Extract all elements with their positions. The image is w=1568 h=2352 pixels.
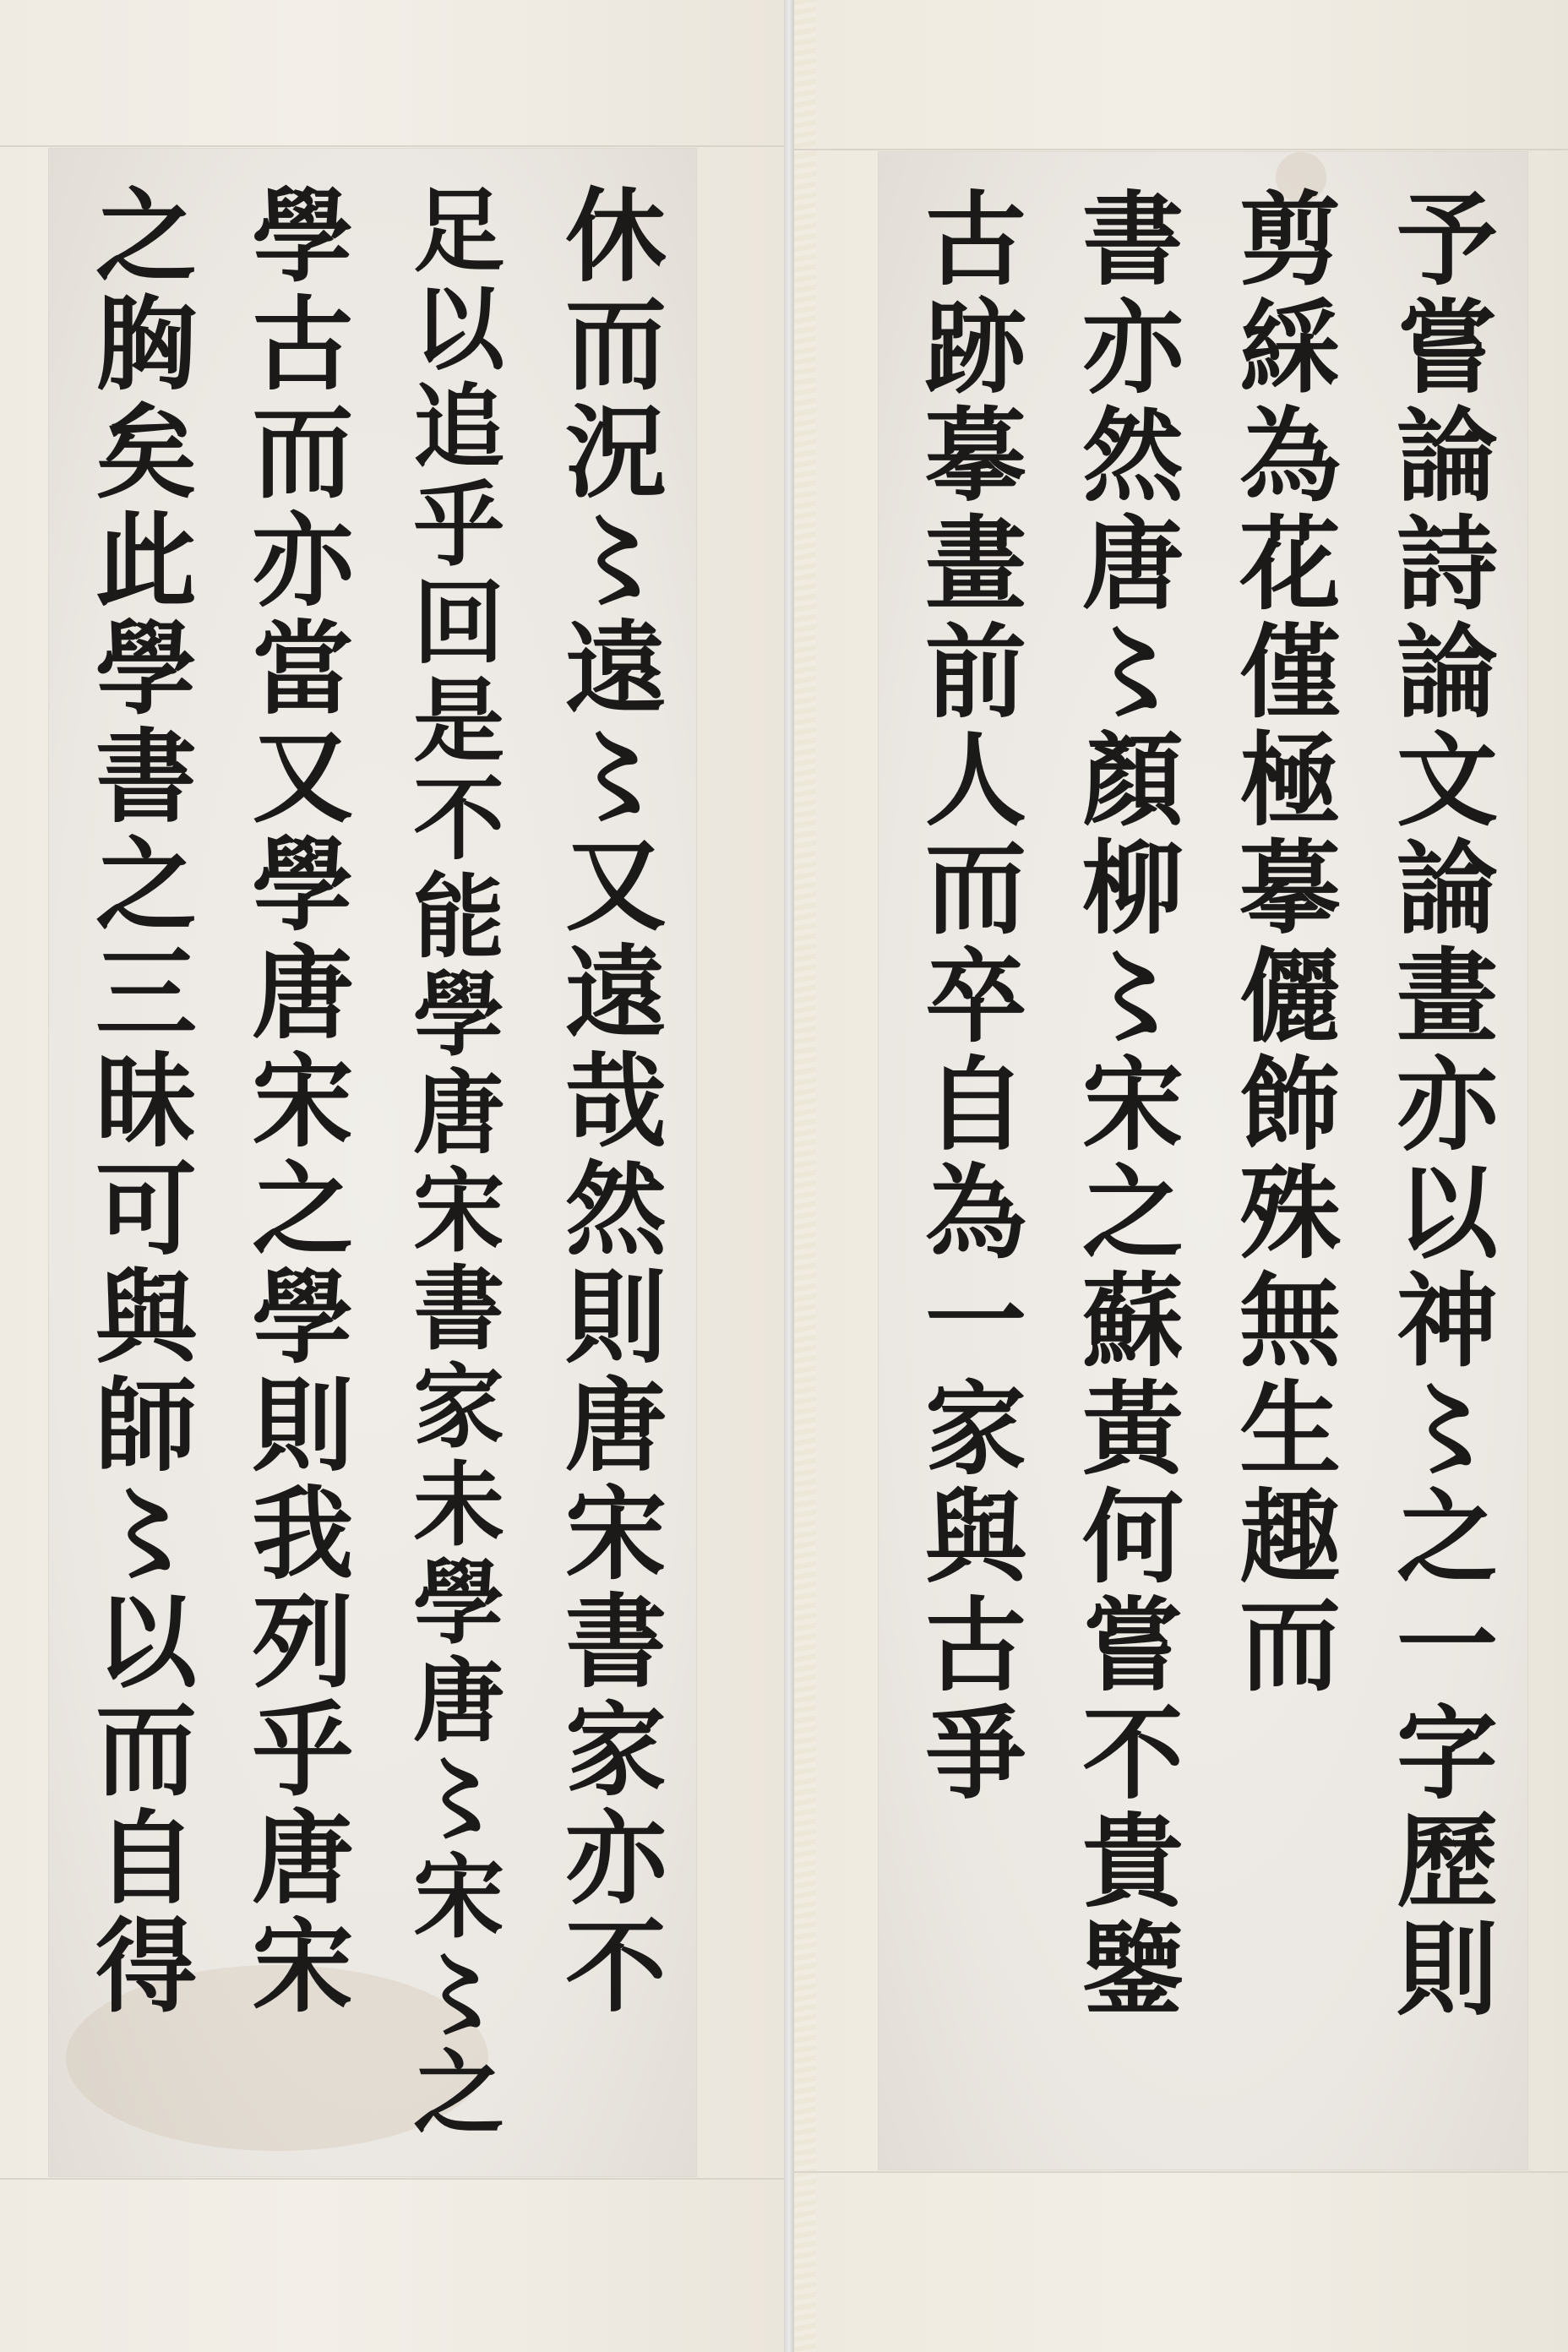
calligraphy-column: 書亦然唐〻顏柳〻宋之蘇黃何嘗不貴鑒 [1061,186,1188,2136]
calligraphy-column: 休而況〻遠〻又遠哉然則唐宋書家亦不 [544,182,671,2142]
calligraphy-column: 予嘗論詩論文論畫亦以神〻之一字歷則 [1375,186,1502,2136]
right-calligraphy-panel: 予嘗論詩論文論畫亦以神〻之一字歷則 剪綵為花僅極摹儷飾殊無生趣而 書亦然唐〻顏柳… [879,152,1527,2170]
calligraphy-column: 學古而亦當又學唐宋之學則我列乎唐宋 [231,182,357,2142]
left-panel-columns: 休而況〻遠〻又遠哉然則唐宋書家亦不 足以追乎回是不能學唐宋書家未學唐〻宋〻之 學… [74,182,671,2142]
calligraphy-column: 古跡摹畫前人而卒自為一家與古爭 [904,186,1031,2136]
left-mount-seam-top [0,145,784,147]
calligraphy-column: 之胸矣此學書之三昧可與師〻以而自得 [74,182,201,2142]
panel-divider [784,0,794,2352]
left-mount-seam-bottom [0,2178,784,2180]
right-panel-columns: 予嘗論詩論文論畫亦以神〻之一字歷則 剪綵為花僅極摹儷飾殊無生趣而 書亦然唐〻顏柳… [904,186,1502,2136]
left-calligraphy-panel: 休而況〻遠〻又遠哉然則唐宋書家亦不 足以追乎回是不能學唐宋書家未學唐〻宋〻之 學… [49,149,696,2176]
calligraphy-column: 足以追乎回是不能學唐宋書家未學唐〻宋〻之 [388,182,514,2142]
calligraphy-column: 剪綵為花僅極摹儷飾殊無生趣而 [1218,186,1345,2136]
right-mount-seam-bottom [794,2171,1568,2173]
right-mount-seam-top [794,149,1568,150]
right-mount-brocade-edge [794,0,816,2352]
